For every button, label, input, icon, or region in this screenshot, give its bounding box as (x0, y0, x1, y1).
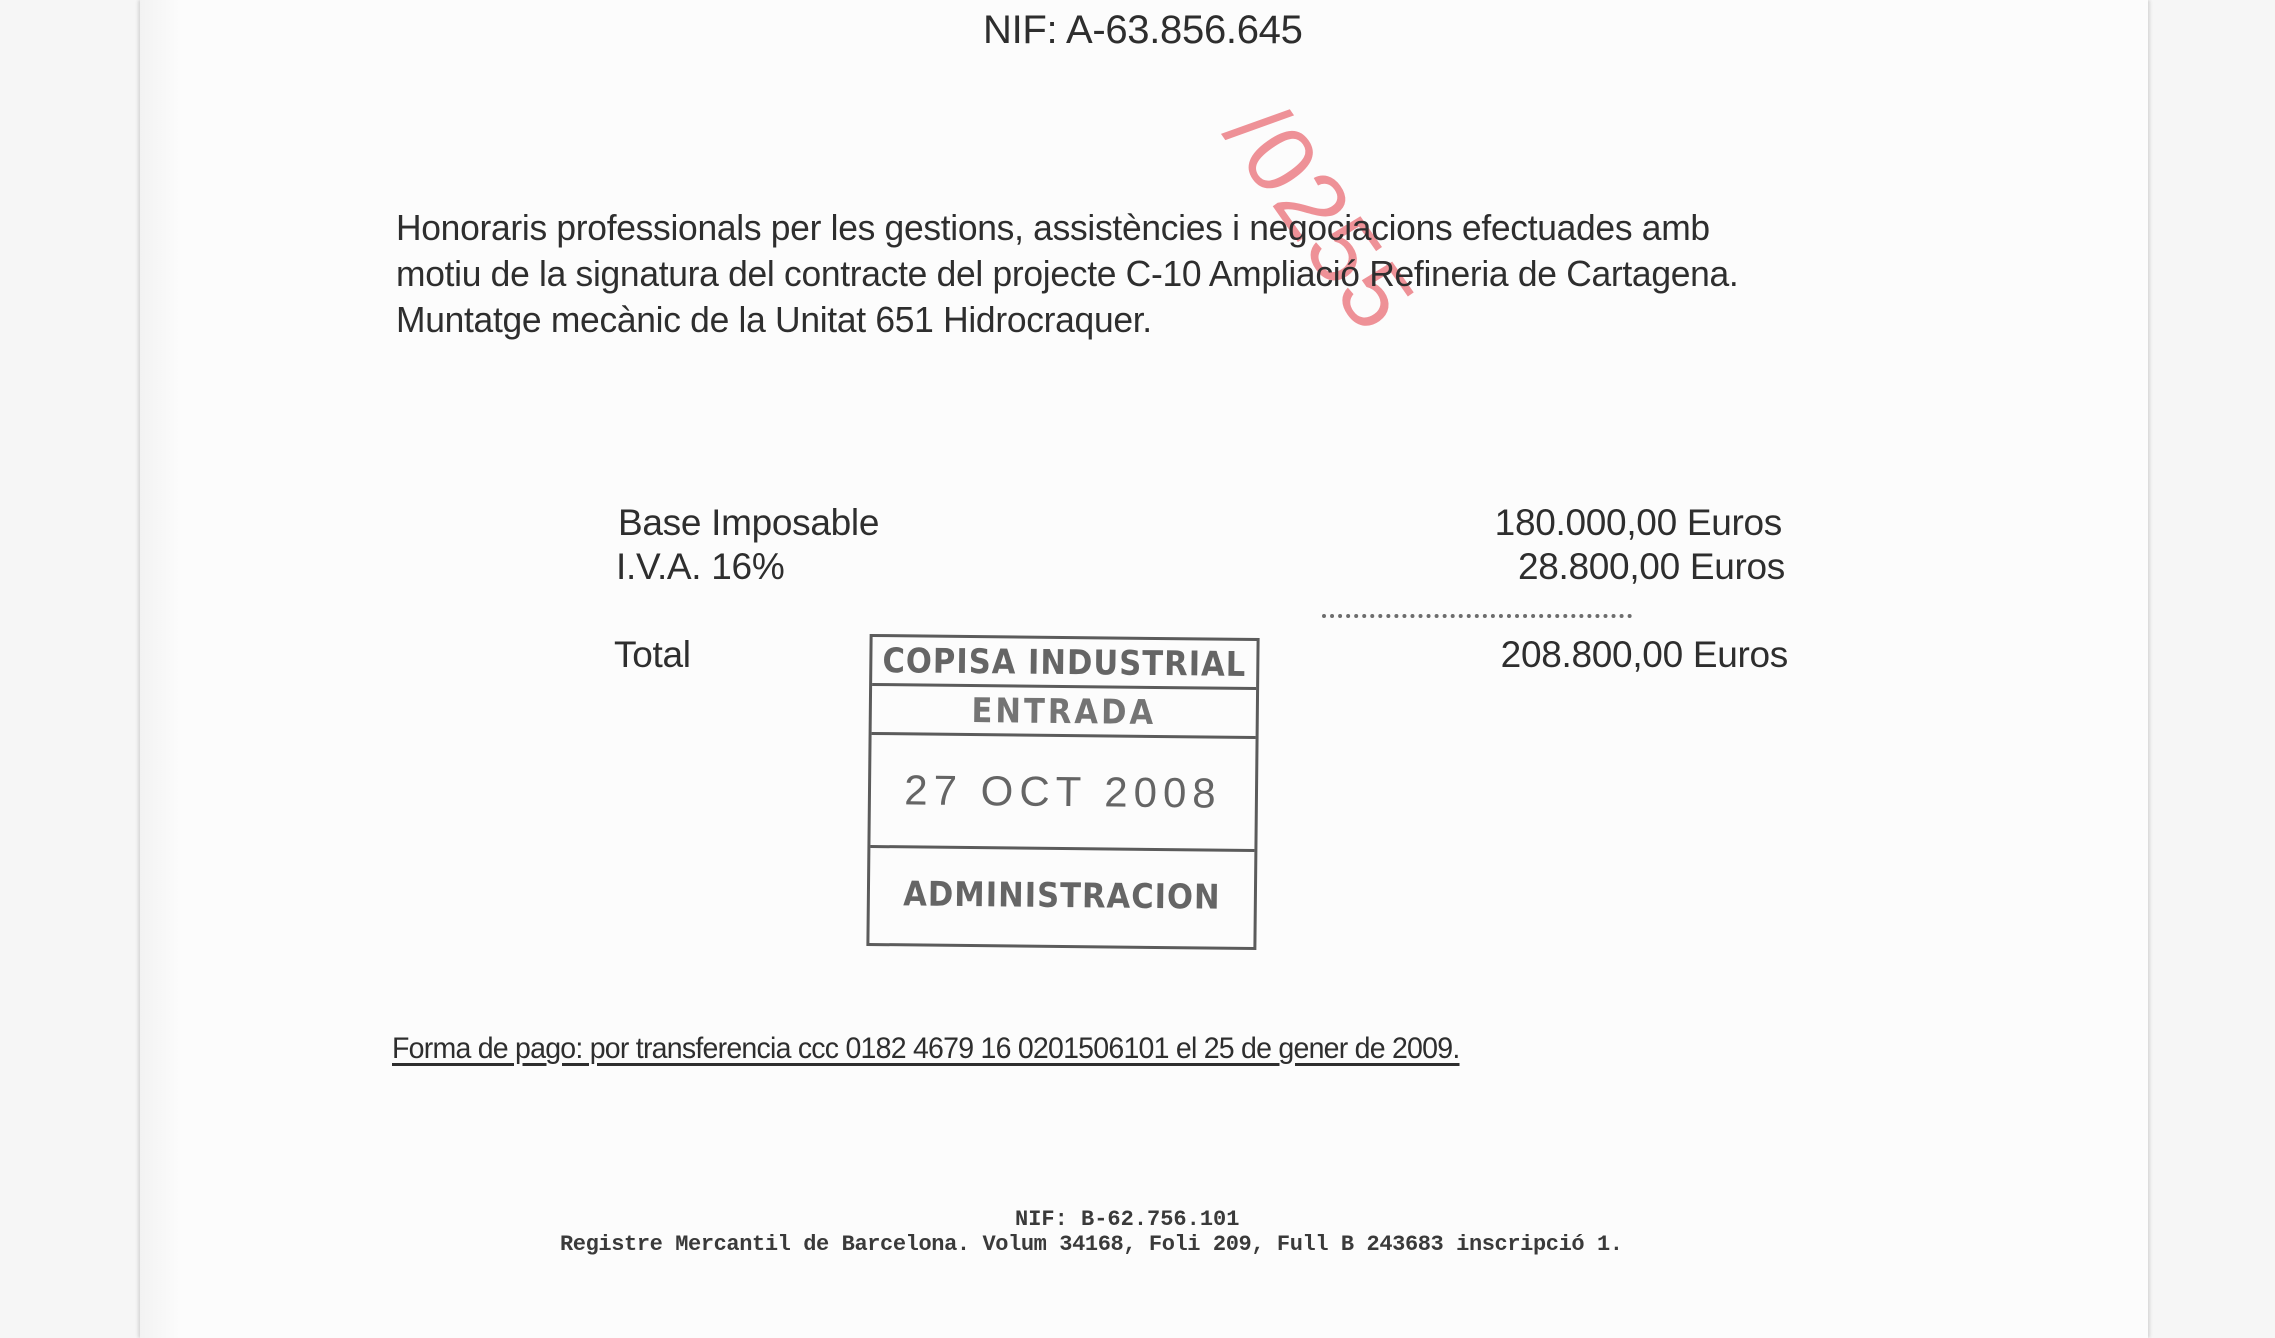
received-stamp: COPISA INDUSTRIAL ENTRADA 27 OCT 2008 AD… (866, 634, 1259, 950)
description-line: motiu de la signatura del contracte del … (396, 251, 1738, 297)
base-label: Base Imposable (618, 502, 879, 544)
total-label: Total (614, 634, 691, 676)
invoice-description: Honoraris professionals per les gestions… (396, 205, 1738, 343)
footer-nif: NIF: B-62.756.101 (1015, 1207, 1239, 1232)
stamp-department: ADMINISTRACION (869, 848, 1254, 944)
footer-registry: Registre Mercantil de Barcelona. Volum 3… (560, 1232, 1623, 1257)
sum-divider (1322, 614, 1632, 618)
iva-amount: 28.800,00 Euros (1425, 546, 1785, 588)
total-amount: 208.800,00 Euros (1428, 634, 1788, 676)
document-page: NIF: A-63.856.645 /0255 Honoraris profes… (140, 0, 2148, 1338)
stamp-type: ENTRADA (872, 686, 1256, 739)
description-line: Honoraris professionals per les gestions… (396, 205, 1738, 251)
stamp-date: 27 OCT 2008 (870, 735, 1255, 852)
issuer-nif: NIF: A-63.856.645 (983, 8, 1303, 53)
iva-label: I.V.A. 16% (616, 546, 784, 588)
description-line: Muntatge mecànic de la Unitat 651 Hidroc… (396, 297, 1738, 343)
payment-terms: Forma de pago: por transferencia ccc 018… (392, 1032, 1460, 1066)
stamp-company: COPISA INDUSTRIAL (872, 637, 1256, 690)
document-viewer: NIF: A-63.856.645 /0255 Honoraris profes… (0, 0, 2275, 1338)
base-amount: 180.000,00 Euros (1422, 502, 1782, 544)
